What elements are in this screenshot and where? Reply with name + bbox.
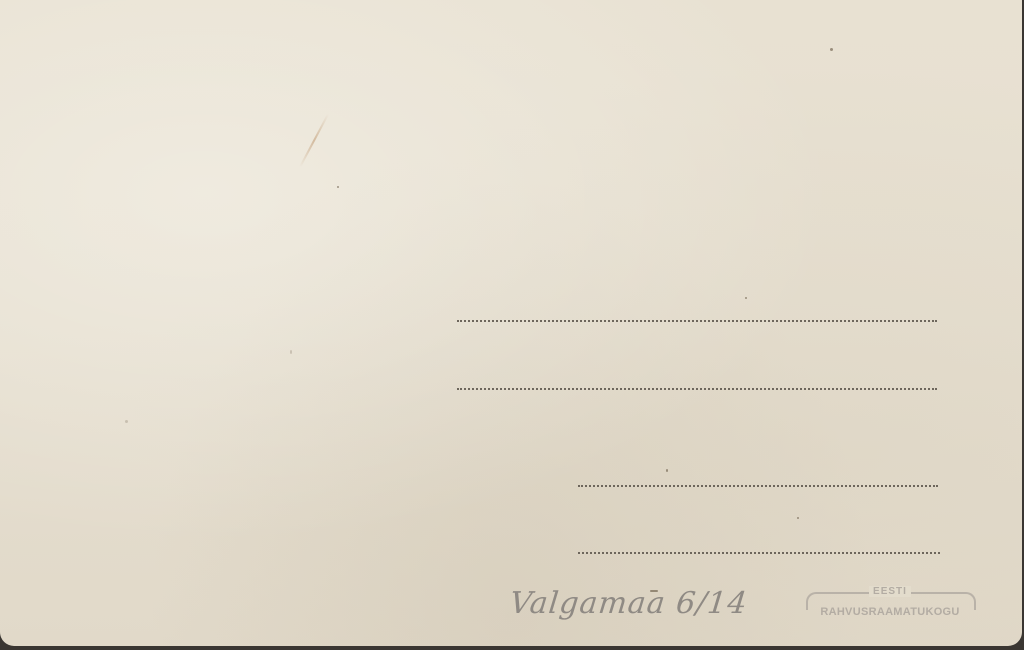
stamp-line-1: EESTI	[802, 586, 978, 597]
paper-speck	[830, 48, 833, 51]
postcard-back: Valgamaa 6/14 EESTI RAHVUSRAAMATUKOGU	[0, 0, 1022, 646]
paper-speck	[125, 420, 128, 423]
paper-speck	[666, 469, 668, 472]
address-line-3	[578, 485, 938, 487]
paper-speck	[797, 517, 799, 519]
address-line-2	[457, 388, 937, 390]
paper-speck	[745, 297, 747, 299]
paper-speck	[290, 350, 292, 354]
address-line-4	[578, 552, 940, 554]
address-line-1	[457, 320, 937, 322]
handwritten-note: Valgamaa 6/14	[508, 586, 749, 621]
paper-scratch	[299, 114, 329, 168]
library-stamp: EESTI RAHVUSRAAMATUKOGU	[802, 586, 978, 626]
stamp-line-2: RAHVUSRAAMATUKOGU	[802, 606, 978, 618]
stamp-line-1-text: EESTI	[869, 586, 911, 597]
paper-speck	[337, 186, 339, 188]
